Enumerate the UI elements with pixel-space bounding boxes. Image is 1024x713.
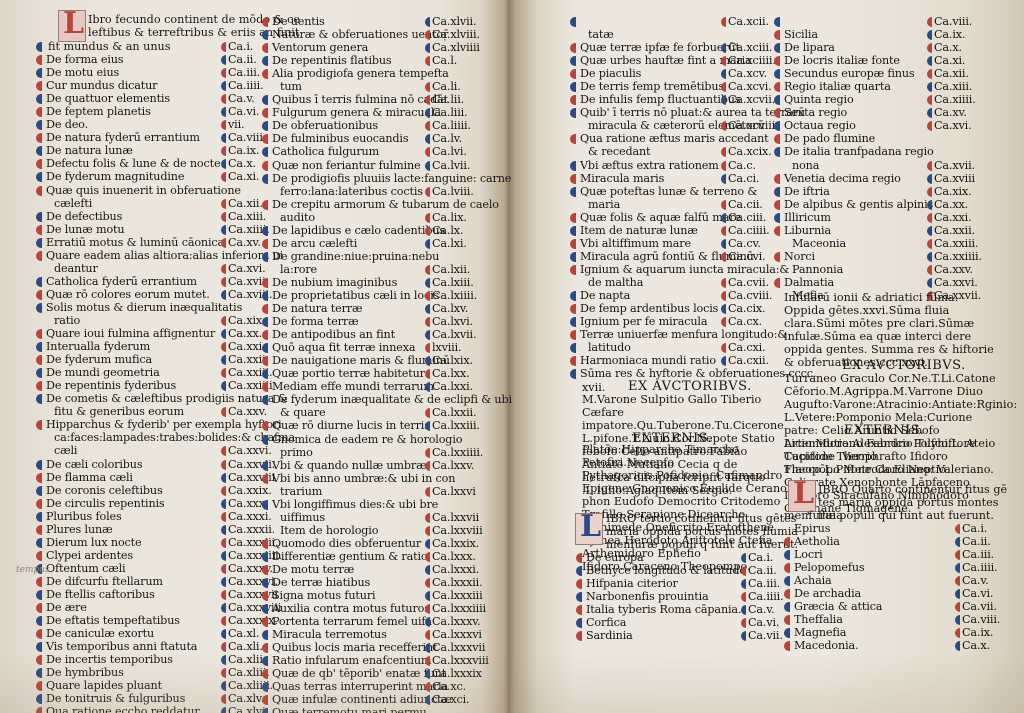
toc-entry-title: De cometis & cæleftibus prodigiis natura… xyxy=(46,392,288,405)
toc-entry: De fulminibus euocandisCa.lv. xyxy=(262,132,502,145)
rubric-paragraph-mark-icon xyxy=(774,95,780,105)
rubric-paragraph-mark-icon xyxy=(784,615,790,625)
toc-entry: Quomodo dies obferuenturCa.lxxix. xyxy=(262,537,502,550)
rubric-chapter-mark-icon xyxy=(221,681,226,691)
toc-chapter-number: Ca.lxxxix xyxy=(432,667,482,680)
toc-entry-title: De infulis femp fluctuantibus xyxy=(580,93,740,106)
toc-entry-title: Vis temporibus anni ftatuta xyxy=(46,640,197,653)
toc-chapter-number: Ca.xi. xyxy=(934,54,965,67)
rubric-chapter-mark-icon xyxy=(927,213,932,223)
toc-chapter-number: Ca.lxxii. xyxy=(432,406,476,419)
rubric-chapter-mark-icon xyxy=(927,121,932,131)
rubric-chapter-mark-icon xyxy=(721,174,726,184)
toc-entry-title: Portenta terrarum femel uifa xyxy=(272,615,432,628)
book-spread: L Ibro fecundo continent de mōdo & ce le… xyxy=(0,0,1024,713)
rubric-chapter-mark-icon xyxy=(425,656,430,666)
toc-entry: De nubium imaginibusCa.lxiii. xyxy=(262,276,502,289)
toc-entry-title: Corfica xyxy=(586,616,626,629)
rubric-paragraph-mark-icon xyxy=(262,239,268,249)
toc-entry: Ignium per fe miraculaCa.cx. xyxy=(570,315,790,328)
toc-chapter-number: Ca.liii. xyxy=(432,106,467,119)
toc-chapter-number: Ca.xlviii. xyxy=(432,28,480,41)
rubric-paragraph-mark-icon xyxy=(262,669,268,679)
rubric-chapter-mark-icon xyxy=(425,56,430,66)
toc-entry-title: Mediam effe mundi terrarum xyxy=(272,380,434,393)
rubric-chapter-mark-icon xyxy=(955,641,960,651)
toc-entry-title: Quare eadem alias altiora:alias inferior… xyxy=(46,249,283,262)
toc-entry-title: De coronis celeftibus xyxy=(46,484,163,497)
toc-chapter-number: Ca.ciiii. xyxy=(728,224,770,237)
toc-entry-title: De alpibus & gentis alpinis xyxy=(784,198,933,211)
rubric-paragraph-mark-icon xyxy=(570,356,576,366)
toc-entry-title: Theffalia xyxy=(794,613,843,626)
toc-chapter-number: Ca.cv. xyxy=(728,237,761,250)
rubric-paragraph-mark-icon xyxy=(262,108,268,118)
toc-chapter-number: Ca.iiii. xyxy=(228,79,263,92)
rubric-paragraph-mark-icon xyxy=(570,43,576,53)
toc-entry: De forma eiusCa.ii. xyxy=(36,53,276,66)
rubric-chapter-mark-icon xyxy=(221,277,226,287)
toc-entry: Macedonia.Ca.x. xyxy=(784,639,1004,652)
rubric-chapter-mark-icon xyxy=(425,448,430,458)
rubric-chapter-mark-icon xyxy=(927,30,932,40)
rubric-chapter-mark-icon xyxy=(721,200,726,210)
toc-entry: De ftellis caftoribusCa.xxxvii xyxy=(36,588,276,601)
toc-entry-title: Pluribus foles xyxy=(46,510,122,523)
toc-chapter-number: Ca.xc. xyxy=(432,680,466,693)
rubric-paragraph-mark-icon xyxy=(784,602,790,612)
rubric-chapter-mark-icon xyxy=(721,43,726,53)
rubric-paragraph-mark-icon xyxy=(570,239,576,249)
toc-entry: DalmatiaCa.xxvi. xyxy=(774,276,1004,289)
toc-entry-title: Macedonia. xyxy=(794,639,858,652)
toc-entry-title: Quæ rō colores eorum mutet. xyxy=(46,288,210,301)
rubric-paragraph-mark-icon xyxy=(36,655,42,665)
rubric-paragraph-mark-icon xyxy=(774,17,780,27)
rubric-chapter-mark-icon xyxy=(721,69,726,79)
toc-entry: Bethyce longitudo & latitudoCa.ii. xyxy=(576,564,791,577)
toc-chapter-number: Ca.iii. xyxy=(228,66,260,79)
toc-entry-title: De cæli coloribus xyxy=(46,458,142,471)
rubric-paragraph-mark-icon xyxy=(262,95,268,105)
toc-entry: Catholica fyderū errantiumCa.xvii. xyxy=(36,275,276,288)
rubric-paragraph-mark-icon xyxy=(774,69,780,79)
toc-entry-title: Clypei ardentes xyxy=(46,549,133,562)
rubric-chapter-mark-icon xyxy=(425,82,430,92)
toc-entry: ca:faces:lampades:trabes:bolides:& chafm… xyxy=(36,431,276,444)
toc-entry: Interualla fyderumCa.xxi. xyxy=(36,340,276,353)
toc-entry: De repentinis flatibusCa.l. xyxy=(262,54,502,67)
rubric-paragraph-mark-icon xyxy=(570,304,576,314)
rubric-chapter-mark-icon xyxy=(221,577,226,587)
toc-entry: Portenta terrarum femel uifaCa.lxxxv. xyxy=(262,615,502,628)
rubric-chapter-mark-icon xyxy=(221,355,226,365)
toc-entry: Quæ terremotu mari permu xyxy=(262,706,502,713)
toc-entry-title: De prodigiofis pluuiis lacte:fanguine: c… xyxy=(272,172,511,185)
toc-entry: de malthaCa.cvii. xyxy=(570,276,790,289)
toc-chapter-number: Ca.xvi. xyxy=(228,262,266,275)
toc-entry-title: De proprietatibus cæli in locis xyxy=(272,289,439,302)
toc-entry: Vbi bis anno umbræ:& ubi in con xyxy=(262,472,502,485)
toc-entry: Signa motus futuriCa.lxxxiii xyxy=(262,589,502,602)
rubric-paragraph-mark-icon xyxy=(784,537,790,547)
toc-entry-title: Dierum lux nocte xyxy=(46,536,141,549)
toc-entry: mariaCa.cii. xyxy=(570,198,790,211)
toc-chapter-number: Ca.xxi. xyxy=(934,211,972,224)
toc-entry: De fyderum inæqualitate & de eclipfi & u… xyxy=(262,393,502,406)
toc-entry-title: Quib' ī terris nō pluat:& aurea ta terra… xyxy=(580,106,805,119)
toc-chapter-number: Ca.xxiii. xyxy=(934,237,978,250)
toc-entry: CorficaCa.vi. xyxy=(576,616,791,629)
toc-entry-title: audito xyxy=(280,211,315,224)
toc-entry: De archadiaCa.vi. xyxy=(784,587,1004,600)
toc-chapter-number: Ca.ii. xyxy=(748,564,777,577)
toc-entry-title: Sexta regio xyxy=(784,106,847,119)
toc-entry-title: De incertis temporibus xyxy=(46,653,173,666)
toc-entry-title: Ignium per fe miracula xyxy=(580,315,707,328)
liber3-line-3: menfuræ populi q funt aut fuerūt. xyxy=(606,538,798,551)
toc-entry-title: trarium xyxy=(280,485,322,498)
rubric-paragraph-mark-icon xyxy=(774,213,780,223)
toc-entry: AchaiaCa.v. xyxy=(784,574,1004,587)
rubric-paragraph-mark-icon xyxy=(36,172,42,182)
toc-entry: MaceoniaCa.xxiii. xyxy=(774,237,1004,250)
toc-chapter-number: Ca.v. xyxy=(748,603,775,616)
toc-entry-title: De uentis xyxy=(272,15,325,28)
rubric-paragraph-mark-icon xyxy=(36,420,42,430)
rubric-paragraph-mark-icon xyxy=(784,563,790,573)
rubric-paragraph-mark-icon xyxy=(570,82,576,92)
toc-entry: De terris femp tremētibusCa.xcvi. xyxy=(570,80,790,93)
toc-chapter-number: Ca.lxvii. xyxy=(432,328,476,341)
rubric-paragraph-mark-icon xyxy=(570,343,576,353)
rubric-paragraph-mark-icon xyxy=(262,304,268,314)
toc-entry-title: Vbi & quando nullæ umbræ xyxy=(272,459,426,472)
toc-entry-title: De iftria xyxy=(784,185,830,198)
toc-entry: De obferuationibusCa.liiii. xyxy=(262,119,502,132)
toc-entry-title: De flamma cæli xyxy=(46,471,133,484)
toc-entry-title: De napta xyxy=(580,289,630,302)
toc-entry: De piaculisCa.xcv. xyxy=(570,67,790,80)
rubric-paragraph-mark-icon xyxy=(784,550,790,560)
rubric-chapter-mark-icon xyxy=(721,317,726,327)
toc-chapter-number: Ca.lxxxvii xyxy=(432,641,485,654)
rubric-chapter-mark-icon xyxy=(425,161,430,171)
toc-entry: Auxilia contra motus futurosCa.lxxxiiii xyxy=(262,602,502,615)
rubric-chapter-mark-icon xyxy=(425,487,430,497)
rubric-chapter-mark-icon xyxy=(425,630,430,640)
toc-entry: fitu & generibus eorumCa.xxv. xyxy=(36,405,276,418)
toc-entry: Secundus europæ finusCa.xii. xyxy=(774,67,1004,80)
toc-entry-title: De lunæ motu xyxy=(46,223,124,236)
rubric-paragraph-mark-icon xyxy=(262,43,268,53)
toc-entry-title: Quæ de qb' tēporib' enatæ funt xyxy=(272,667,446,680)
toc-entry: Vbi altiffimum mareCa.cv. xyxy=(570,237,790,250)
toc-entry: Miracula agrū fontiū & fluminūCa.cvi. xyxy=(570,250,790,263)
toc-chapter-number: Ca.xiiii. xyxy=(934,93,976,106)
toc-entry: trariumCa.lxxvi xyxy=(262,485,502,498)
toc-chapter-number: Ca.lxxiiii. xyxy=(432,446,483,459)
heading-externis-2: EXTERNIS. xyxy=(844,423,924,438)
rubric-paragraph-mark-icon xyxy=(36,277,42,287)
toc-entry-title: De grandine:niue:pruina:nebu xyxy=(272,250,439,263)
toc-chapter-number: Ca.xcix. xyxy=(728,145,772,158)
toc-entry-title: De pado flumine xyxy=(784,132,875,145)
rubric-chapter-mark-icon xyxy=(221,120,226,130)
rubric-paragraph-mark-icon xyxy=(36,225,42,235)
toc-entry-title: nona xyxy=(792,159,819,172)
toc-entry: De lapidibus e cælo cadentibusCa.lx. xyxy=(262,224,502,237)
toc-entry: Catholica fulgurumCa.lvi. xyxy=(262,145,502,158)
toc-entry-title: Quare ioui fulmina affignentur xyxy=(46,327,215,340)
toc-chapter-number: Ca.xl. xyxy=(228,627,259,640)
toc-entry: Vbi & quando nullæ umbræCa.lxxv. xyxy=(262,459,502,472)
toc-chapter-number: Ca.xlvii. xyxy=(432,15,476,28)
toc-entry-title: De tonitruis & fulguribus xyxy=(46,692,185,705)
toc-entry: LocriCa.iii. xyxy=(784,548,1004,561)
rubric-chapter-mark-icon xyxy=(425,526,430,536)
rubric-chapter-mark-icon xyxy=(927,226,932,236)
toc-entry-title: Auxilia contra motus futuros xyxy=(272,602,430,615)
rubric-paragraph-mark-icon xyxy=(36,642,42,652)
toc-entry-title: primo xyxy=(280,446,313,459)
rubric-paragraph-mark-icon xyxy=(570,187,576,197)
rubric-paragraph-mark-icon xyxy=(262,161,268,171)
toc-entry: De pado flumine xyxy=(774,132,1004,145)
rubric-paragraph-mark-icon xyxy=(262,604,268,614)
rubric-paragraph-mark-icon xyxy=(36,629,42,639)
rubric-chapter-mark-icon xyxy=(927,278,932,288)
toc-entry: De quattuor elementisCa.v. xyxy=(36,92,276,105)
toc-entry: De flamma cæliCa.xxviii xyxy=(36,471,276,484)
toc-chapter-number: Ca.lxii. xyxy=(432,263,470,276)
toc-entry: De tonitruis & fulguribusCa.xlv. xyxy=(36,692,276,705)
toc-entry: Quæ de qb' tēporib' enatæ funtCa.lxxxix xyxy=(262,667,502,680)
rubric-paragraph-mark-icon xyxy=(36,681,42,691)
toc-chapter-number: Ca.xci. xyxy=(432,693,469,706)
rubric-chapter-mark-icon xyxy=(955,537,960,547)
toc-entry: De coronis celeftibusCa.xxix. xyxy=(36,484,276,497)
rubric-paragraph-mark-icon xyxy=(570,108,576,118)
rubric-paragraph-mark-icon xyxy=(774,30,780,40)
rubric-paragraph-mark-icon xyxy=(36,329,42,339)
toc-entry-title: De repentinis flatibus xyxy=(272,54,392,67)
toc-entry-title: Quæ terræ ipfæ fe forbuerūt xyxy=(580,41,740,54)
rubric-paragraph-mark-icon xyxy=(262,630,268,640)
toc-entry-title: Differentiæ gentium & ratio xyxy=(272,550,428,563)
toc-entry-title: Liburnia xyxy=(784,224,831,237)
toc-chapter-number: Ca.lxi. xyxy=(432,237,467,250)
rubric-chapter-mark-icon xyxy=(741,566,746,576)
rubric-chapter-mark-icon xyxy=(721,95,726,105)
toc-entry: Alia prodigiofa genera tempefta xyxy=(262,67,502,80)
toc-entry-title: deantur xyxy=(54,262,98,275)
toc-entry: cæliCa.xxvi. xyxy=(36,444,276,457)
toc-entry-title: Plures lunæ xyxy=(46,523,112,536)
rubric-paragraph-mark-icon xyxy=(36,342,42,352)
toc-entry: Quō aqua fit terræ innexalxviii. xyxy=(262,341,502,354)
rubric-paragraph-mark-icon xyxy=(36,512,42,522)
toc-entry: SiciliaCa.ix. xyxy=(774,28,1004,41)
toc-entry: cæleftiCa.xii. xyxy=(36,197,276,210)
rubric-chapter-mark-icon xyxy=(221,473,226,483)
toc-chapter-number: Ca.iiii. xyxy=(748,590,783,603)
toc-entry: Defectu folis & lune & de nocteCa.x. xyxy=(36,157,276,170)
toc-entry: Pluribus folesCa.xxxi. xyxy=(36,510,276,523)
toc-chapter-number: Ca.lxxv. xyxy=(432,459,474,472)
rubric-paragraph-mark-icon xyxy=(262,539,268,549)
toc-entry: Sexta regioCa.xv. xyxy=(774,106,1004,119)
toc-chapter-number: Ca.lx. xyxy=(432,224,463,237)
toc-chapter-number: Ca.lxxvi xyxy=(432,485,476,498)
toc-entry: Regio italiæ quartaCa.xiii. xyxy=(774,80,1004,93)
liber3-line-1: IBRO tertio cōtinentur fitus gētes xyxy=(606,512,796,525)
toc-chapter-number: Ca.xii. xyxy=(228,197,263,210)
toc-entry: NorciCa.xxiiii. xyxy=(774,250,1004,263)
toc-entry: Quæ quis inuenerit in obferuatione xyxy=(36,184,276,197)
toc-chapter-number: Ca.ii. xyxy=(228,53,257,66)
rubric-chapter-mark-icon xyxy=(927,95,932,105)
rubric-paragraph-mark-icon xyxy=(774,147,780,157)
rubric-paragraph-mark-icon xyxy=(262,56,268,66)
toc-chapter-number: Ca.ix. xyxy=(962,626,993,639)
toc-entry-title: De locris italiæ fonte xyxy=(784,54,900,67)
toc-entry-title: tatæ xyxy=(588,28,614,41)
rubric-chapter-mark-icon xyxy=(221,460,226,470)
rubric-chapter-mark-icon xyxy=(721,304,726,314)
toc-entry-title: De crepitu armorum & tubarum de caelo xyxy=(272,198,499,211)
rubric-paragraph-mark-icon xyxy=(36,538,42,548)
toc-entry: la:roreCa.lxii. xyxy=(262,263,502,276)
toc-chapter-number: Ca.li. xyxy=(432,80,461,93)
toc-entry: Quibus locis maria recefferintCa.lxxxvii xyxy=(262,641,502,654)
toc-entry-title: Quæ poteftas lunæ & terreno & xyxy=(580,185,757,198)
toc-chapter-number: Ca.lxxix. xyxy=(432,537,479,550)
toc-entry: Quæ portio terræ habiteturCa.lxx. xyxy=(262,367,502,380)
toc-entry-title: Fulgurum genera & miracuala xyxy=(272,106,441,119)
rubric-paragraph-mark-icon xyxy=(262,565,268,575)
rubric-paragraph-mark-icon xyxy=(36,473,42,483)
toc-chapter-number: Ca.ii. xyxy=(962,535,991,548)
toc-chapter-number: Ca.xiii. xyxy=(228,210,266,223)
illuminated-initial-L3: L xyxy=(575,513,603,545)
toc-entry: SardiniaCa.vii. xyxy=(576,629,791,642)
toc-chapter-number: Ca.iiii. xyxy=(962,561,997,574)
rubric-paragraph-mark-icon xyxy=(36,120,42,130)
right-page-column-2: Ca.viii.SiciliaCa.ix.De liparaCa.x.De lo… xyxy=(774,15,1004,302)
toc-entry: Miracula terremotusCa.lxxxvi xyxy=(262,628,502,641)
rubric-chapter-mark-icon xyxy=(425,343,430,353)
rubric-chapter-mark-icon xyxy=(425,604,430,614)
toc-entry-title: De natura lunæ xyxy=(46,144,133,157)
rubric-chapter-mark-icon xyxy=(425,95,430,105)
rubric-paragraph-mark-icon xyxy=(36,590,42,600)
toc-entry-title: la:rore xyxy=(280,263,317,276)
rubric-paragraph-mark-icon xyxy=(784,641,790,651)
toc-entry-title: Quæ quis inuenerit in obferuatione xyxy=(46,184,241,197)
rubric-paragraph-mark-icon xyxy=(774,200,780,210)
toc-chapter-number: lxviii. xyxy=(432,341,461,354)
rubric-chapter-mark-icon xyxy=(425,43,430,53)
toc-chapter-number: Ca.ix. xyxy=(228,144,259,157)
toc-chapter-number: Ca.xciiii. xyxy=(728,54,776,67)
toc-entry: De uentisCa.xlvii. xyxy=(262,15,502,28)
rubric-paragraph-mark-icon xyxy=(36,368,42,378)
toc-chapter-number: Ca.lv. xyxy=(432,132,462,145)
rubric-paragraph-mark-icon xyxy=(36,238,42,248)
toc-entry: uiffimusCa.lxxvii xyxy=(262,511,502,524)
rubric-chapter-mark-icon xyxy=(927,200,932,210)
rubric-paragraph-mark-icon xyxy=(774,43,780,53)
toc-entry: De feptem planetisCa.vi. xyxy=(36,105,276,118)
rubric-paragraph-mark-icon xyxy=(262,317,268,327)
toc-entry: De locris italiæ fonteCa.xi. xyxy=(774,54,1004,67)
toc-chapter-number: Ca.viii. xyxy=(962,613,1000,626)
toc-entry: Cur mundus dicaturCa.iiii. xyxy=(36,79,276,92)
toc-chapter-number: Ca.xlv. xyxy=(228,692,264,705)
rubric-chapter-mark-icon xyxy=(425,330,430,340)
toc-chapter-number: Ca.iii. xyxy=(748,577,780,590)
rubric-chapter-mark-icon xyxy=(425,17,430,27)
toc-entry-title: De repentinis fyderibus xyxy=(46,379,176,392)
rubric-paragraph-mark-icon xyxy=(36,55,42,65)
right-page: Ca.xcii.tatæQuæ terræ ipfæ fe forbuerūtC… xyxy=(520,0,1024,713)
toc-entry: Quæ infulæ continenti adiunctæCa.xci. xyxy=(262,693,502,706)
rubric-chapter-mark-icon xyxy=(955,524,960,534)
toc-entry-title: De motu eius xyxy=(46,66,119,79)
rubric-chapter-mark-icon xyxy=(741,553,746,563)
toc-chapter-number: Ca.xli. xyxy=(228,640,263,653)
rubric-chapter-mark-icon xyxy=(425,317,430,327)
toc-entry: ratioCa.xix. xyxy=(36,314,276,327)
rubric-chapter-mark-icon xyxy=(221,159,226,169)
toc-chapter-number: vii. xyxy=(228,118,244,131)
rubric-paragraph-mark-icon xyxy=(262,291,268,301)
toc-chapter-number: Ca.x. xyxy=(228,157,256,170)
toc-entry-title: De fyderum inæqualitate & de eclipfi & u… xyxy=(272,393,512,406)
toc-entry-title: Maceonia xyxy=(792,237,846,250)
rubric-chapter-mark-icon xyxy=(425,552,430,562)
toc-entry: Solis motus & dierum inæqualitatis xyxy=(36,301,276,314)
toc-entry-title: Qua ratione eccho reddatur xyxy=(46,705,200,713)
liber4-entries: EpirusCa.i.AetholiaCa.ii.LocriCa.iii.Pel… xyxy=(784,522,1004,652)
toc-chapter-number: Ca.xvi. xyxy=(934,119,972,132)
toc-chapter-number: Ca.vi. xyxy=(748,616,779,629)
rubric-paragraph-mark-icon xyxy=(570,330,576,340)
rubric-chapter-mark-icon xyxy=(221,642,226,652)
rubric-chapter-mark-icon xyxy=(425,239,430,249)
toc-entry: Quare ioui fulmina affignenturCa.xx. xyxy=(36,327,276,340)
rubric-paragraph-mark-icon xyxy=(262,461,268,471)
toc-entry: De femp ardentibus locisCa.cix. xyxy=(570,302,790,315)
rubric-paragraph-mark-icon xyxy=(774,252,780,262)
rubric-chapter-mark-icon xyxy=(425,30,430,40)
rubric-paragraph-mark-icon xyxy=(576,579,582,589)
toc-chapter-number: Ca.cvi. xyxy=(728,250,765,263)
rubric-paragraph-mark-icon xyxy=(570,213,576,223)
rubric-chapter-mark-icon xyxy=(425,278,430,288)
rubric-chapter-mark-icon xyxy=(721,147,726,157)
rubric-paragraph-mark-icon xyxy=(774,56,780,66)
rubric-paragraph-mark-icon xyxy=(262,500,268,510)
toc-entry-title: cæli xyxy=(54,444,77,457)
toc-entry: Fulgurum genera & miracualaCa.liii. xyxy=(262,106,502,119)
rubric-paragraph-mark-icon xyxy=(36,159,42,169)
toc-entry: Dierum lux nocteCa.xxxiii. xyxy=(36,536,276,549)
rubric-chapter-mark-icon xyxy=(425,187,430,197)
toc-entry-title: de maltha xyxy=(588,276,643,289)
toc-entry: Quibus ī terris fulmina nō cadātCa.lii. xyxy=(262,93,502,106)
